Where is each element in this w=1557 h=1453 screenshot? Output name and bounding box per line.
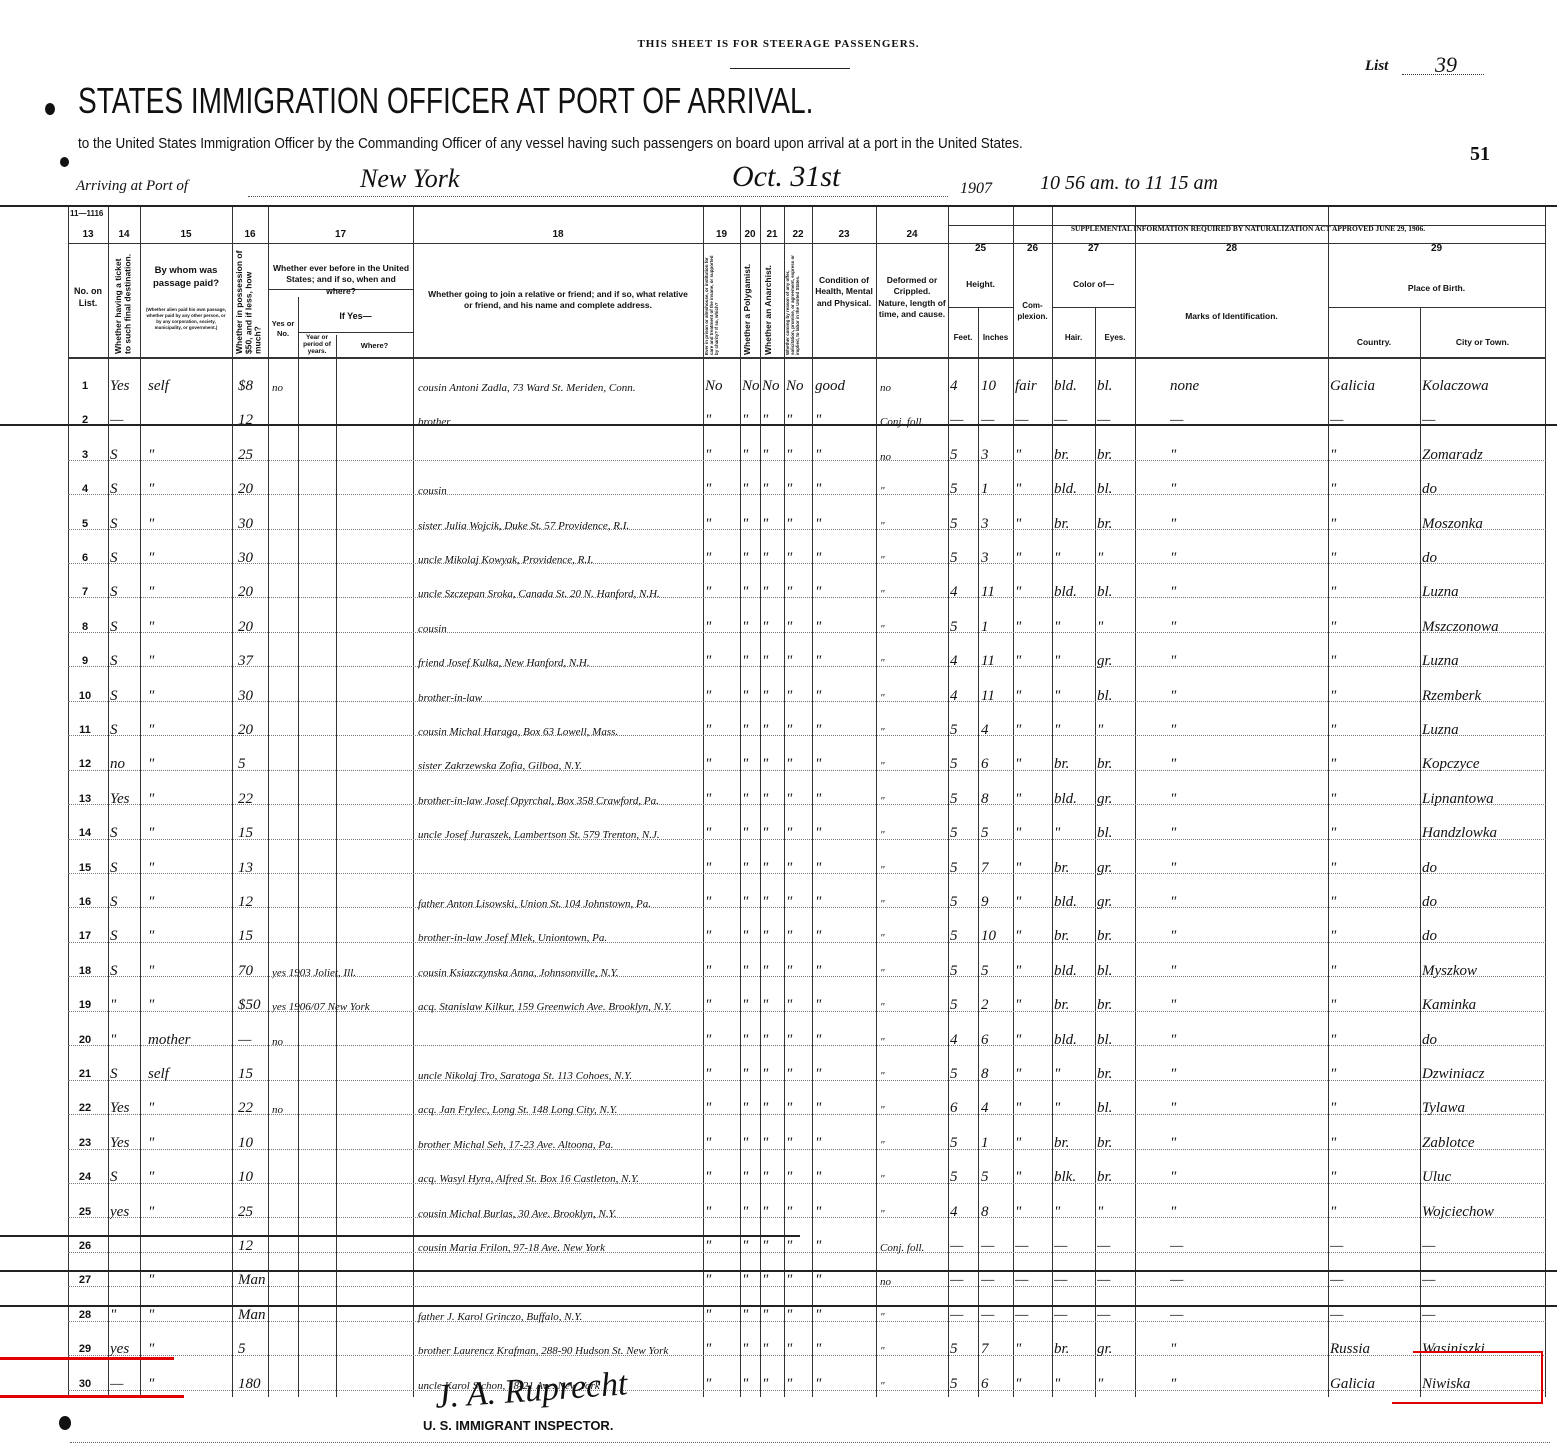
highlight-box-bottom xyxy=(1392,1402,1543,1404)
cell-c21: " xyxy=(762,1066,784,1083)
col-29-country: Country. xyxy=(1328,337,1420,348)
cell-paid: " xyxy=(148,825,228,842)
cell-paid: " xyxy=(148,928,228,945)
highlight-box-right xyxy=(1541,1351,1543,1403)
cell-c21: " xyxy=(762,1341,784,1358)
cell-money: 30 xyxy=(238,516,268,533)
cell-hair: " xyxy=(1054,722,1095,739)
row-number: 25 xyxy=(70,1206,100,1218)
steerage-note: THIS SHEET IS FOR STEERAGE PASSENGERS. xyxy=(0,38,1557,50)
cell-c20: " xyxy=(742,1100,760,1117)
row-number: 5 xyxy=(70,518,100,530)
cell-c19: " xyxy=(705,688,739,705)
cell-country: " xyxy=(1330,963,1420,980)
cell-city: Wasiniszki xyxy=(1422,1341,1544,1358)
cell-inches: 2 xyxy=(981,997,1013,1014)
cell-deformed: " xyxy=(880,1104,946,1116)
cell-c22: " xyxy=(786,653,812,670)
row-number: 16 xyxy=(70,896,100,908)
cell-deformed: " xyxy=(880,1139,946,1151)
cell-relative: father J. Karol Grinczo, Buffalo, N.Y. xyxy=(418,1311,703,1323)
cell-relative: acq. Jan Frylec, Long St. 148 Long City,… xyxy=(418,1104,703,1116)
cell-c22: " xyxy=(786,894,812,911)
cell-c21: " xyxy=(762,516,784,533)
col-16-label: Whether in possession of $50, and if les… xyxy=(235,249,265,354)
cell-city: Luzna xyxy=(1422,653,1544,670)
cell-c21: " xyxy=(762,550,784,567)
col-num-26: 26 xyxy=(1013,243,1052,254)
strike-row-28 xyxy=(0,1305,1557,1307)
cell-feet: — xyxy=(950,1307,978,1324)
cell-money: 12 xyxy=(238,412,268,429)
cell-country: " xyxy=(1330,894,1420,911)
cell-c21: " xyxy=(762,756,784,773)
cell-paid: " xyxy=(148,997,228,1014)
cell-complexion: " xyxy=(1015,1204,1051,1221)
cell-feet: 5 xyxy=(950,1135,978,1152)
cell-inches: 6 xyxy=(981,1376,1013,1393)
cell-country: — xyxy=(1330,1238,1420,1255)
cell-country: Russia xyxy=(1330,1341,1420,1358)
cell-c22: " xyxy=(786,1341,812,1358)
cell-ticket: S xyxy=(110,481,138,498)
cell-marks: " xyxy=(1170,516,1270,533)
cell-relative: brother-in-law Josef Mlek, Uniontown, Pa… xyxy=(418,932,703,944)
cell-feet: 4 xyxy=(950,378,978,395)
cell-city: Zomaradz xyxy=(1422,447,1544,464)
divider xyxy=(730,68,850,69)
cell-city: Uluc xyxy=(1422,1169,1544,1186)
cell-eyes: " xyxy=(1097,1204,1135,1221)
cell-feet: 4 xyxy=(950,653,978,670)
cell-complexion: — xyxy=(1015,412,1051,429)
cell-health: " xyxy=(815,860,875,877)
arriving-line xyxy=(248,196,948,197)
cell-paid: " xyxy=(148,481,228,498)
cell-deformed: " xyxy=(880,1208,946,1220)
cell-country: Galicia xyxy=(1330,1376,1420,1393)
cell-c22: " xyxy=(786,860,812,877)
cell-c22: " xyxy=(786,1238,812,1255)
cell-paid: " xyxy=(148,860,228,877)
cell-country: " xyxy=(1330,722,1420,739)
cell-inches: 4 xyxy=(981,722,1013,739)
highlight-line-bottom xyxy=(0,1395,184,1398)
cell-inches: 8 xyxy=(981,791,1013,808)
cell-ticket: S xyxy=(110,894,138,911)
cell-hair: " xyxy=(1054,550,1095,567)
cell-c20: " xyxy=(742,1066,760,1083)
cell-marks: " xyxy=(1170,894,1270,911)
cell-inches: 5 xyxy=(981,963,1013,980)
cell-c22: " xyxy=(786,722,812,739)
row-number: 20 xyxy=(70,1034,100,1046)
row-number: 19 xyxy=(70,999,100,1011)
cell-paid: " xyxy=(148,550,228,567)
cell-c22: " xyxy=(786,756,812,773)
col-num-18: 18 xyxy=(413,229,703,240)
cell-feet: — xyxy=(950,1238,978,1255)
cell-c21: " xyxy=(762,1135,784,1152)
cell-paid: " xyxy=(148,1272,228,1289)
cell-ticket: S xyxy=(110,928,138,945)
bottom-edge xyxy=(70,1442,1550,1443)
cell-feet: 5 xyxy=(950,1341,978,1358)
cell-marks: " xyxy=(1170,653,1270,670)
cell-health: " xyxy=(815,1238,875,1255)
cell-deformed: no xyxy=(880,451,946,463)
cell-complexion: " xyxy=(1015,584,1051,601)
cell-eyes: " xyxy=(1097,619,1135,636)
cell-c19: " xyxy=(705,1066,739,1083)
cell-complexion: " xyxy=(1015,516,1051,533)
row-number: 12 xyxy=(70,758,100,770)
cell-hair: bld. xyxy=(1054,1032,1095,1049)
cell-deformed: " xyxy=(880,623,946,635)
cell-hair: — xyxy=(1054,1272,1095,1289)
cell-country: — xyxy=(1330,412,1420,429)
cell-inches: — xyxy=(981,1307,1013,1324)
col-29-city: City or Town. xyxy=(1420,337,1545,348)
cell-complexion: " xyxy=(1015,997,1051,1014)
strike-row-27 xyxy=(0,1270,1557,1272)
col-22-label: Whether coming by reason of any offer, s… xyxy=(786,251,810,355)
cell-c21: " xyxy=(762,928,784,945)
cell-c22: " xyxy=(786,963,812,980)
cell-relative: uncle Josef Juraszek, Lambertson St. 579… xyxy=(418,829,703,841)
cell-feet: 5 xyxy=(950,825,978,842)
cell-complexion: " xyxy=(1015,619,1051,636)
cell-inches: 6 xyxy=(981,1032,1013,1049)
cell-paid: " xyxy=(148,516,228,533)
cell-city: — xyxy=(1422,1238,1544,1255)
cell-eyes: bl. xyxy=(1097,1100,1135,1117)
col-num-22: 22 xyxy=(784,229,812,240)
punch-hole xyxy=(59,1416,71,1430)
cell-c19: " xyxy=(705,825,739,842)
cell-health: " xyxy=(815,722,875,739)
cell-ticket: " xyxy=(110,1032,138,1049)
cell-inches: 7 xyxy=(981,1341,1013,1358)
cell-c19: " xyxy=(705,619,739,636)
col-28-label: Marks of Identification. xyxy=(1135,311,1328,322)
cell-hair: br. xyxy=(1054,447,1095,464)
col-27-hair: Hair. xyxy=(1052,333,1095,344)
cell-inches: 6 xyxy=(981,756,1013,773)
cell-deformed: " xyxy=(880,588,946,600)
cell-relative: acq. Wasyl Hyra, Alfred St. Box 16 Castl… xyxy=(418,1173,703,1185)
row-number: 13 xyxy=(70,793,100,805)
col-24-label: Deformed or Crippled. Nature, length of … xyxy=(878,275,946,321)
cell-ticket: S xyxy=(110,963,138,980)
cell-country: " xyxy=(1330,688,1420,705)
cell-hair: " xyxy=(1054,1066,1095,1083)
cell-relative: uncle Szczepan Sroka, Canada St. 20 N. H… xyxy=(418,588,703,600)
cell-c20: " xyxy=(742,447,760,464)
cell-c19: " xyxy=(705,1341,739,1358)
row-number: 26 xyxy=(70,1240,100,1252)
cell-marks: " xyxy=(1170,1204,1270,1221)
arriving-label: Arriving at Port of xyxy=(76,178,188,195)
cell-city: Tylawa xyxy=(1422,1100,1544,1117)
cell-complexion: " xyxy=(1015,791,1051,808)
cell-ticket: S xyxy=(110,1169,138,1186)
cell-complexion: " xyxy=(1015,963,1051,980)
cell-c22: " xyxy=(786,516,812,533)
cell-hair: blk. xyxy=(1054,1169,1095,1186)
cell-c22: " xyxy=(786,584,812,601)
highlight-box-top xyxy=(1413,1351,1543,1353)
cell-eyes: bl. xyxy=(1097,584,1135,601)
cell-ticket: S xyxy=(110,550,138,567)
col-27-label: Color of— xyxy=(1052,279,1135,290)
cell-deformed: " xyxy=(880,657,946,669)
cell-c20: " xyxy=(742,516,760,533)
cell-health: " xyxy=(815,619,875,636)
cell-deformed: " xyxy=(880,485,946,497)
cell-money: 15 xyxy=(238,1066,268,1083)
cell-eyes: br. xyxy=(1097,756,1135,773)
cell-c22: " xyxy=(786,1204,812,1221)
cell-paid: " xyxy=(148,447,228,464)
cell-feet: 5 xyxy=(950,619,978,636)
year-value: 1907 xyxy=(960,180,992,198)
cell-money: 5 xyxy=(238,756,268,773)
cell-deformed: " xyxy=(880,795,946,807)
cell-health: " xyxy=(815,1135,875,1152)
cell-money: 30 xyxy=(238,688,268,705)
cell-country: " xyxy=(1330,1066,1420,1083)
cell-paid: " xyxy=(148,722,228,739)
cell-deformed: " xyxy=(880,932,946,944)
cell-feet: 5 xyxy=(950,550,978,567)
cell-marks: " xyxy=(1170,963,1270,980)
cell-health: " xyxy=(815,825,875,842)
cell-paid: " xyxy=(148,1100,228,1117)
cell-inches: 1 xyxy=(981,481,1013,498)
cell-eyes: br. xyxy=(1097,1135,1135,1152)
cell-country: " xyxy=(1330,1169,1420,1186)
cell-deformed: no xyxy=(880,382,946,394)
row-number: 24 xyxy=(70,1171,100,1183)
cell-inches: — xyxy=(981,1272,1013,1289)
cell-inches: 9 xyxy=(981,894,1013,911)
cell-c20: " xyxy=(742,550,760,567)
cell-money: 20 xyxy=(238,481,268,498)
cell-c20: " xyxy=(742,619,760,636)
cell-hair: br. xyxy=(1054,860,1095,877)
cell-c22: " xyxy=(786,1169,812,1186)
cell-marks: none xyxy=(1170,378,1270,395)
cell-health: " xyxy=(815,1100,875,1117)
cell-ticket: yes xyxy=(110,1204,138,1221)
cell-c20: " xyxy=(742,1376,760,1393)
col-15-note: (Whether alien paid his own passage, whe… xyxy=(144,307,228,330)
cell-deformed: " xyxy=(880,898,946,910)
cell-inches: 10 xyxy=(981,378,1013,395)
cell-ticket: — xyxy=(110,1376,138,1393)
cell-country: — xyxy=(1330,1272,1420,1289)
cell-c21: " xyxy=(762,412,784,429)
cell-country: " xyxy=(1330,1100,1420,1117)
row-number: 23 xyxy=(70,1137,100,1149)
cell-city: Luzna xyxy=(1422,584,1544,601)
cell-hair: bld. xyxy=(1054,963,1095,980)
cell-health: " xyxy=(815,997,875,1014)
cell-complexion: — xyxy=(1015,1272,1051,1289)
cell-city: do xyxy=(1422,550,1544,567)
cell-marks: " xyxy=(1170,1169,1270,1186)
cell-inches: 3 xyxy=(981,516,1013,533)
cell-country: " xyxy=(1330,516,1420,533)
col-15-label: By whom was passage paid? xyxy=(144,265,228,291)
port-value: New York xyxy=(360,164,459,194)
cell-inches: 8 xyxy=(981,1066,1013,1083)
cell-marks: " xyxy=(1170,1032,1270,1049)
cell-paid: " xyxy=(148,688,228,705)
cell-paid: " xyxy=(148,584,228,601)
cell-country: " xyxy=(1330,584,1420,601)
col-17-if-yes: If Yes— xyxy=(298,310,413,322)
cell-hair: br. xyxy=(1054,516,1095,533)
cell-country: " xyxy=(1330,447,1420,464)
cell-c22: " xyxy=(786,997,812,1014)
cell-c21: " xyxy=(762,447,784,464)
cell-complexion: fair xyxy=(1015,378,1051,395)
cell-hair: bld. xyxy=(1054,791,1095,808)
punch-hole xyxy=(60,157,69,167)
cell-ticket: " xyxy=(110,997,138,1014)
cell-c22: " xyxy=(786,825,812,842)
cell-relative: brother Michal Seh, 17-23 Ave. Altoona, … xyxy=(418,1139,703,1151)
cell-c20: " xyxy=(742,1135,760,1152)
cell-city: Kolaczowa xyxy=(1422,378,1544,395)
cell-before: yes 1906/07 New York xyxy=(272,1001,410,1013)
cell-city: Niwiska xyxy=(1422,1376,1544,1393)
cell-c21: " xyxy=(762,722,784,739)
cell-c20: " xyxy=(742,481,760,498)
cell-c20: " xyxy=(742,1032,760,1049)
cell-money: 20 xyxy=(238,722,268,739)
cell-c20: " xyxy=(742,722,760,739)
cell-country: " xyxy=(1330,550,1420,567)
cell-deformed: Conj. foll. xyxy=(880,416,946,428)
highlight-line-top xyxy=(0,1357,174,1360)
page-number: 51 xyxy=(1470,143,1490,166)
cell-inches: 3 xyxy=(981,550,1013,567)
cell-paid: " xyxy=(148,963,228,980)
cell-ticket: S xyxy=(110,1066,138,1083)
cell-marks: " xyxy=(1170,860,1270,877)
cell-money: 30 xyxy=(238,550,268,567)
row-number: 28 xyxy=(70,1309,100,1321)
cell-money: $8 xyxy=(238,378,268,395)
cell-c21: " xyxy=(762,963,784,980)
cell-complexion: " xyxy=(1015,550,1051,567)
cell-c19: " xyxy=(705,756,739,773)
row-number: 30 xyxy=(70,1378,100,1390)
cell-c19: " xyxy=(705,550,739,567)
cell-feet: 4 xyxy=(950,1204,978,1221)
cell-city: Moszonka xyxy=(1422,516,1544,533)
cell-complexion: " xyxy=(1015,894,1051,911)
cell-paid: " xyxy=(148,1307,228,1324)
col-26-label: Com-plexion. xyxy=(1014,301,1051,323)
cell-eyes: bl. xyxy=(1097,963,1135,980)
col-num-25: 25 xyxy=(948,243,1013,254)
cell-money: $50 xyxy=(238,997,268,1014)
cell-c20: " xyxy=(742,1169,760,1186)
cell-relative: cousin Michal Burlas, 30 Ave. Brooklyn, … xyxy=(418,1208,703,1220)
cell-feet: 5 xyxy=(950,928,978,945)
cell-health: " xyxy=(815,688,875,705)
cell-c21: " xyxy=(762,1032,784,1049)
col-23-label: Condition of Health, Mental and Physical… xyxy=(814,275,874,309)
row-number: 29 xyxy=(70,1343,100,1355)
cell-eyes: gr. xyxy=(1097,894,1135,911)
cell-paid: " xyxy=(148,894,228,911)
cell-c20: " xyxy=(742,412,760,429)
cell-eyes: — xyxy=(1097,1238,1135,1255)
cell-c19: " xyxy=(705,1376,739,1393)
cell-eyes: " xyxy=(1097,1376,1135,1393)
col-num-29: 29 xyxy=(1328,243,1545,254)
cell-city: do xyxy=(1422,860,1544,877)
cell-c22: No xyxy=(786,378,812,395)
cell-city: — xyxy=(1422,412,1544,429)
row-number: 15 xyxy=(70,862,100,874)
cell-health: " xyxy=(815,481,875,498)
cell-inches: 11 xyxy=(981,584,1013,601)
cell-c19: " xyxy=(705,894,739,911)
cell-c19: " xyxy=(705,516,739,533)
cell-complexion: " xyxy=(1015,653,1051,670)
cell-inches: 11 xyxy=(981,688,1013,705)
cell-complexion: " xyxy=(1015,1376,1051,1393)
cell-money: 37 xyxy=(238,653,268,670)
cell-c21: " xyxy=(762,1169,784,1186)
cell-city: — xyxy=(1422,1307,1544,1324)
cell-country: " xyxy=(1330,791,1420,808)
cell-city: Myszkow xyxy=(1422,963,1544,980)
cell-hair: " xyxy=(1054,688,1095,705)
col-num-20: 20 xyxy=(740,229,760,240)
col-25-feet: Feet. xyxy=(948,333,978,344)
cell-health: " xyxy=(815,963,875,980)
cell-c20: " xyxy=(742,1341,760,1358)
cell-c22: " xyxy=(786,688,812,705)
cell-paid: self xyxy=(148,1066,228,1083)
col-num-16: 16 xyxy=(232,229,268,240)
col-num-21: 21 xyxy=(760,229,784,240)
cell-feet: — xyxy=(950,1272,978,1289)
col-14-label: Whether having a ticket to such final de… xyxy=(114,249,136,354)
form-code: 11—1116 xyxy=(70,209,103,218)
cell-city: Lipnantowa xyxy=(1422,791,1544,808)
cell-city: Dzwiniacz xyxy=(1422,1066,1544,1083)
col-num-19: 19 xyxy=(703,229,740,240)
cell-relative: cousin Maria Frilon, 97-18 Ave. New York xyxy=(418,1242,703,1254)
cell-deformed: " xyxy=(880,829,946,841)
cell-feet: 5 xyxy=(950,516,978,533)
cell-c22: " xyxy=(786,1066,812,1083)
cell-inches: 1 xyxy=(981,619,1013,636)
row-number: 6 xyxy=(70,552,100,564)
cell-city: Mszczonowa xyxy=(1422,619,1544,636)
cell-hair: " xyxy=(1054,1376,1095,1393)
cell-c21: " xyxy=(762,481,784,498)
cell-feet: 5 xyxy=(950,997,978,1014)
